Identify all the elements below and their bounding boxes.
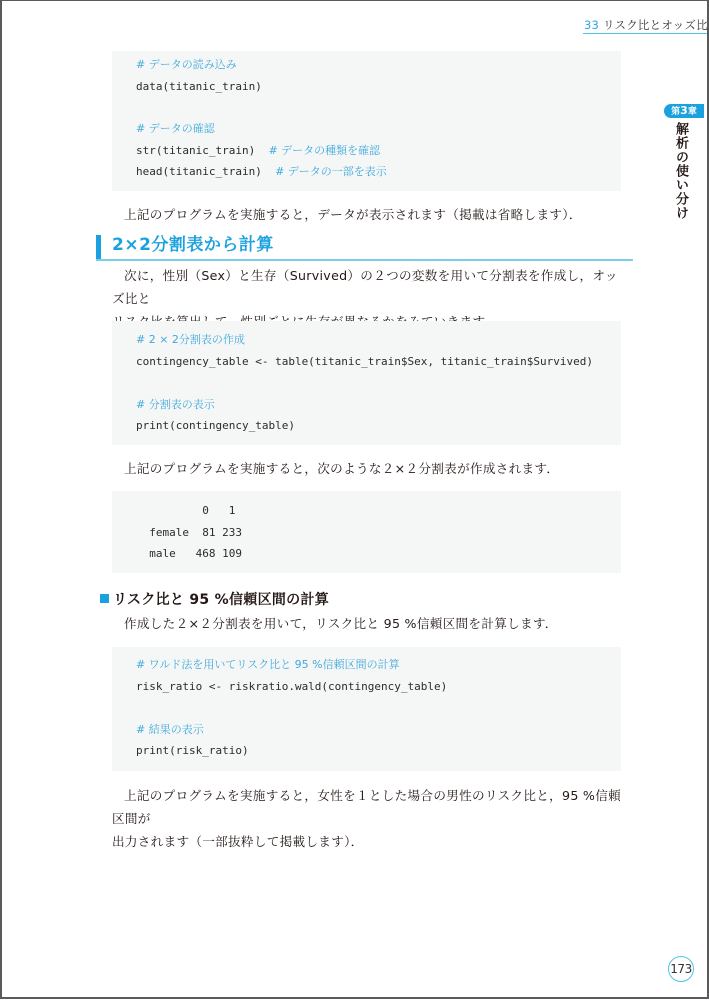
code-comment: # ワルド法を用いてリスク比と 95 %信頼区間の計算	[136, 657, 400, 673]
paragraph: 作成した２×２分割表を用いて，リスク比と 95 %信頼区間を計算します．	[112, 612, 627, 635]
section-heading: 2×2分割表から計算	[96, 233, 633, 261]
code-line: data(titanic_train)	[136, 79, 262, 95]
code-comment: # データの確認	[136, 121, 215, 137]
code-comment: # 結果の表示	[136, 722, 204, 738]
chapter-title: 解析の使い分け	[672, 122, 688, 220]
code-comment: # データの読み込み	[136, 57, 237, 73]
code-line: head(titanic_train) # データの一部を表示	[136, 164, 387, 180]
code-block-load-data: # データの読み込み data(titanic_train) # データの確認 …	[112, 51, 621, 191]
code-comment: # 2 × 2分割表の作成	[136, 332, 245, 348]
heading-bar	[96, 235, 101, 259]
paragraph: 上記のプログラムを実施すると，次のような２×２分割表が作成されます．	[112, 457, 627, 480]
output-line: female 81 233	[136, 525, 242, 541]
paragraph-line: 出力されます（一部抜粋して掲載します）．	[112, 830, 627, 853]
inline-comment: # データの一部を表示	[275, 165, 387, 178]
paragraph: 上記のプログラムを実施すると，女性を１とした場合の男性のリスク比と，95 %信頼…	[112, 784, 627, 853]
code-block-output-table: 0 1 female 81 233 male 468 109	[112, 491, 621, 573]
section-number: 33	[584, 18, 599, 32]
code-line: str(titanic_train) # データの種類を確認	[136, 143, 380, 159]
paragraph-line: 上記のプログラムを実施すると，女性を１とした場合の男性のリスク比と，95 %信頼…	[112, 784, 627, 830]
square-bullet-icon	[100, 594, 109, 603]
code-line: contingency_table <- table(titanic_train…	[136, 354, 593, 370]
section-heading-text: 2×2分割表から計算	[112, 233, 274, 257]
paragraph: 上記のプログラムを実施すると，データが表示されます（掲載は省略します）．	[112, 203, 627, 226]
page-number: 173	[668, 956, 694, 982]
inline-comment: # データの種類を確認	[268, 144, 380, 157]
running-header: 33リスク比とオッズ比	[584, 17, 708, 33]
sub-heading: リスク比と 95 %信頼区間の計算	[100, 591, 329, 609]
chapter-suffix: 章	[688, 107, 697, 117]
code-text: str(titanic_train)	[136, 144, 255, 157]
code-line: print(risk_ratio)	[136, 743, 249, 759]
code-text: head(titanic_train)	[136, 165, 262, 178]
code-block-contingency: # 2 × 2分割表の作成 contingency_table <- table…	[112, 321, 621, 445]
output-line: 0 1	[136, 503, 235, 519]
code-line: risk_ratio <- riskratio.wald(contingency…	[136, 679, 447, 695]
code-block-risk-ratio: # ワルド法を用いてリスク比と 95 %信頼区間の計算 risk_ratio <…	[112, 647, 621, 771]
output-line: male 468 109	[136, 546, 242, 562]
heading-rule	[96, 259, 633, 261]
chapter-tab: 第3章	[664, 104, 704, 118]
code-line: print(contingency_table)	[136, 418, 295, 434]
chapter-number: 3	[680, 104, 688, 117]
sub-heading-text: リスク比と 95 %信頼区間の計算	[113, 592, 329, 608]
section-title: リスク比とオッズ比	[603, 18, 708, 32]
header-rule	[583, 33, 707, 34]
paragraph-line: 次に，性別（Sex）と生存（Survived）の２つの変数を用いて分割表を作成し…	[112, 264, 627, 310]
chapter-prefix: 第	[671, 107, 680, 117]
code-comment: # 分割表の表示	[136, 397, 215, 413]
